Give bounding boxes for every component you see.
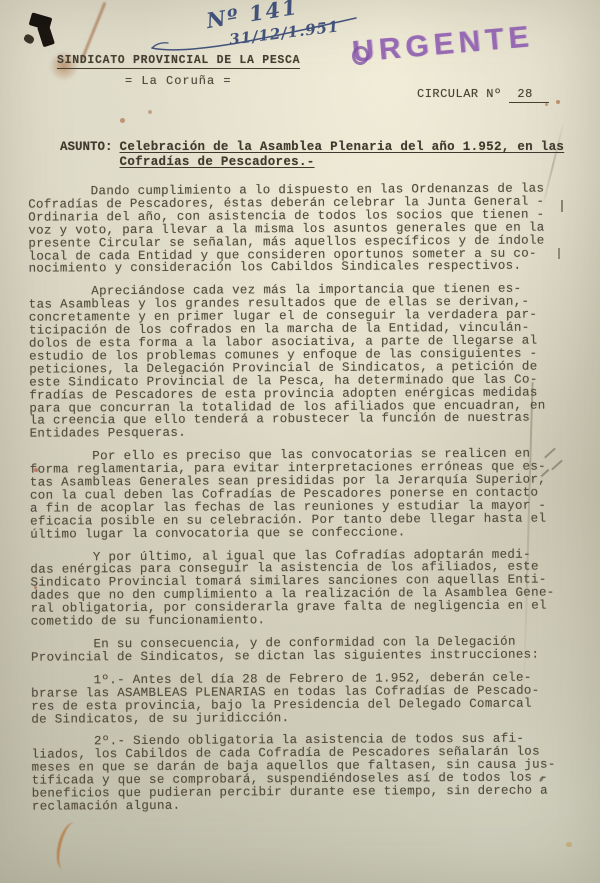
rust-stain [80, 2, 106, 61]
rust-speck [148, 110, 152, 114]
ink-blot [37, 24, 55, 48]
organization-title: SINDICATO PROVINCIAL DE LA PESCA [57, 54, 300, 69]
rust-speck [545, 103, 548, 106]
ink-blot [23, 33, 36, 45]
urgente-stamp: URGENTE [351, 20, 535, 70]
paragraph: Y por último, al igual que las Cofradías… [30, 548, 578, 629]
circular-number: 28 [509, 87, 548, 103]
location-line: = La Coruña = [125, 74, 232, 88]
paragraph: 1º.- Antes del día 28 de Febrero de 1.95… [31, 671, 579, 726]
subject-text: Celebración de la Asamblea Plenaria del … [120, 140, 565, 170]
rust-stain [53, 820, 85, 872]
paragraph: Por ello es preciso que las convocatoria… [30, 448, 579, 542]
document-body: Dando cumplimiento a lo dispuesto en las… [28, 182, 580, 823]
paragraph: Dando cumplimiento a lo dispuesto en las… [28, 182, 577, 276]
document-page: Nº 141 31/12/1.951 URGENTE SINDICATO PRO… [0, 0, 600, 883]
rust-speck [556, 100, 560, 104]
paper-stain [566, 842, 572, 847]
handwritten-flourish [148, 12, 363, 56]
paragraph: Apreciándose cada vez más la importancia… [29, 283, 578, 441]
paragraph: 2º.- Siendo obligatoria la asistencia de… [31, 733, 579, 814]
circular-number-line: CIRCULAR Nº 28 [417, 87, 549, 101]
paragraph: En su consecuencia, y de conformidad con… [31, 635, 579, 664]
subject-block: ASUNTO: Celebración de la Asamblea Plena… [60, 140, 564, 170]
circular-label: CIRCULAR Nº [417, 87, 502, 101]
subject-label: ASUNTO: [60, 140, 113, 170]
rust-speck [120, 118, 125, 123]
